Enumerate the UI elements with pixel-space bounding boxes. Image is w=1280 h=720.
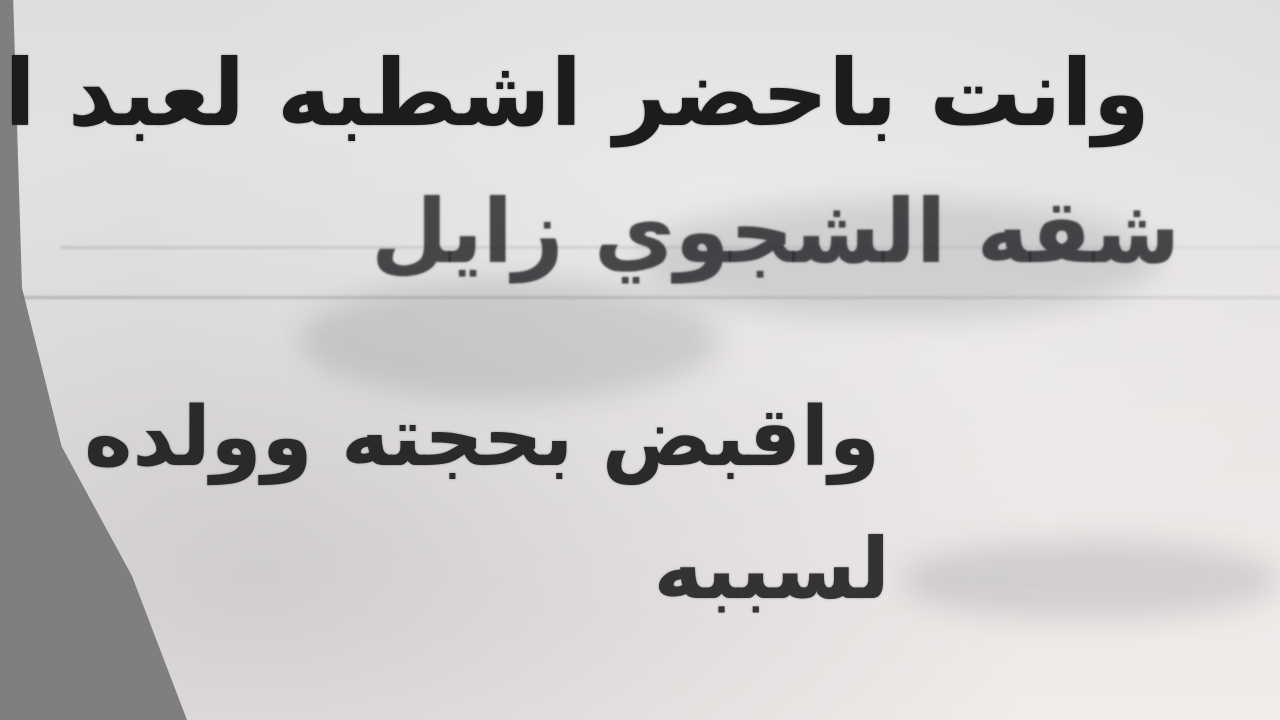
ink-stain bbox=[900, 540, 1280, 620]
manuscript-line-1: وانت باحضر اشطبه لعبد الحاير bbox=[0, 40, 1150, 147]
manuscript-photo: وانت باحضر اشطبه لعبد الحاير شقه الشجوي … bbox=[0, 0, 1280, 720]
paper-crease bbox=[20, 296, 1280, 299]
manuscript-line-3: واقبض بحجته وولده bbox=[84, 390, 880, 485]
manuscript-line-4: لسببه bbox=[653, 520, 890, 618]
manuscript-line-2: شقه الشجوي زايل bbox=[371, 180, 1180, 283]
